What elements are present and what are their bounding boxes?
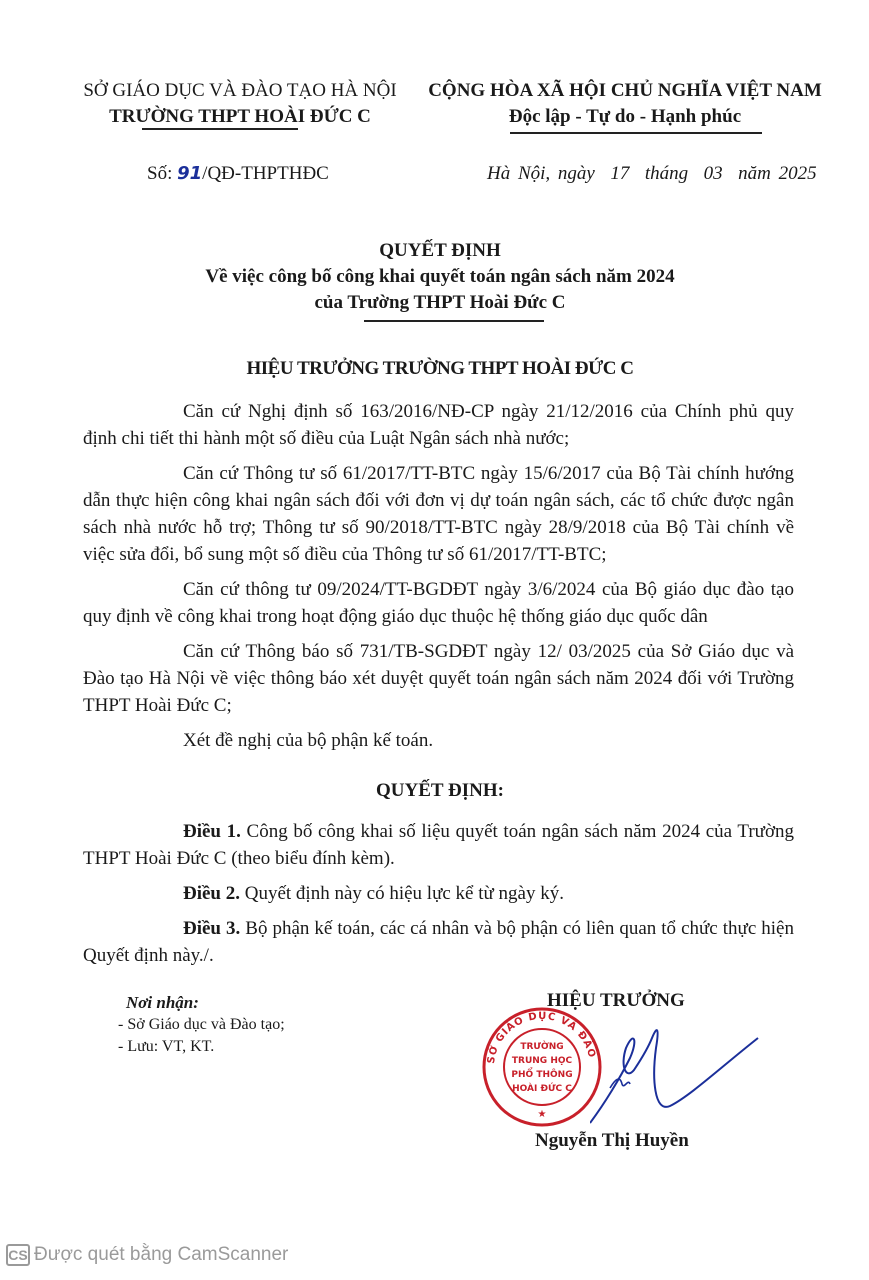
document-title: QUYẾT ĐỊNH Về việc công bố công khai quy… — [120, 238, 760, 316]
svg-text:PHỔ THÔNG: PHỔ THÔNG — [511, 1067, 572, 1080]
article-1: Điều 1. Công bố công khai số liệu quyết … — [83, 818, 794, 872]
handwritten-signature-icon — [590, 1018, 760, 1128]
svg-text:TRƯỜNG: TRƯỜNG — [520, 1040, 563, 1052]
recipients-heading: Nơi nhận: — [126, 992, 285, 1014]
signer-name: Nguyễn Thị Huyền — [535, 1130, 689, 1152]
issue-date: Hà Nội, ngày 17 tháng 03 năm 2025 — [487, 163, 817, 185]
school-underline — [142, 128, 298, 130]
title-underline — [364, 320, 544, 322]
recipient-item: - Sở Giáo dục và Đào tạo; — [118, 1014, 285, 1036]
document-number: Số: 91/QĐ-THPTHĐC — [147, 163, 329, 185]
svg-text:★: ★ — [538, 1109, 547, 1120]
recipients-block: Nơi nhận: - Sở Giáo dục và Đào tạo; - Lư… — [118, 992, 285, 1058]
issuing-agency-block: SỞ GIÁO DỤC VÀ ĐÀO TẠO HÀ NỘI TRƯỜNG THP… — [60, 78, 420, 130]
agency-name: SỞ GIÁO DỤC VÀ ĐÀO TẠO HÀ NỘI — [60, 78, 420, 104]
articles: Điều 1. Công bố công khai số liệu quyết … — [158, 818, 794, 977]
recipient-item: - Lưu: VT, KT. — [118, 1036, 285, 1058]
ground-2: Căn cứ Thông tư số 61/2017/TT-BTC ngày 1… — [83, 460, 794, 568]
ground-1: Căn cứ Nghị định số 163/2016/NĐ-CP ngày … — [83, 398, 794, 452]
ground-4: Căn cứ Thông báo số 731/TB-SGDĐT ngày 12… — [83, 638, 794, 719]
title-subject-1: Về việc công bố công khai quyết toán ngâ… — [120, 264, 760, 290]
handwritten-number: 91 — [177, 163, 202, 184]
scanner-watermark: CS Được quét bằng CamScanner — [6, 1244, 288, 1266]
nation-name: CỘNG HÒA XÃ HỘI CHỦ NGHĨA VIỆT NAM — [420, 78, 830, 104]
svg-text:HOÀI ĐỨC C: HOÀI ĐỨC C — [512, 1082, 572, 1094]
ground-3: Căn cứ thông tư 09/2024/TT-BGDĐT ngày 3/… — [83, 576, 794, 630]
watermark-text: Được quét bằng CamScanner — [34, 1244, 288, 1266]
title-main: QUYẾT ĐỊNH — [120, 238, 760, 264]
authority-heading: HIỆU TRƯỞNG TRƯỜNG THPT HOÀI ĐỨC C — [120, 358, 760, 380]
cs-logo-icon: CS — [6, 1244, 30, 1266]
motto: Độc lập - Tự do - Hạnh phúc — [420, 104, 830, 130]
svg-text:TRUNG HỌC: TRUNG HỌC — [512, 1056, 573, 1066]
official-stamp-icon: SỞ GIÁO DỤC VÀ ĐÀO TẠO THÀNH TRƯỜNG TRUN… — [480, 1005, 604, 1129]
article-2: Điều 2. Quyết định này có hiệu lực kể từ… — [83, 880, 794, 907]
article-3: Điều 3. Bộ phận kế toán, các cá nhân và … — [83, 915, 794, 969]
school-name: TRƯỜNG THPT HOÀI ĐỨC C — [60, 104, 420, 130]
decision-heading: QUYẾT ĐỊNH: — [120, 780, 760, 802]
legal-grounds: Căn cứ Nghị định số 163/2016/NĐ-CP ngày … — [158, 398, 794, 762]
national-header-block: CỘNG HÒA XÃ HỘI CHỦ NGHĨA VIỆT NAM Độc l… — [420, 78, 830, 130]
ground-5: Xét đề nghị của bộ phận kế toán. — [83, 727, 794, 754]
title-subject-2: của Trường THPT Hoài Đức C — [120, 290, 760, 316]
motto-underline — [510, 132, 762, 134]
